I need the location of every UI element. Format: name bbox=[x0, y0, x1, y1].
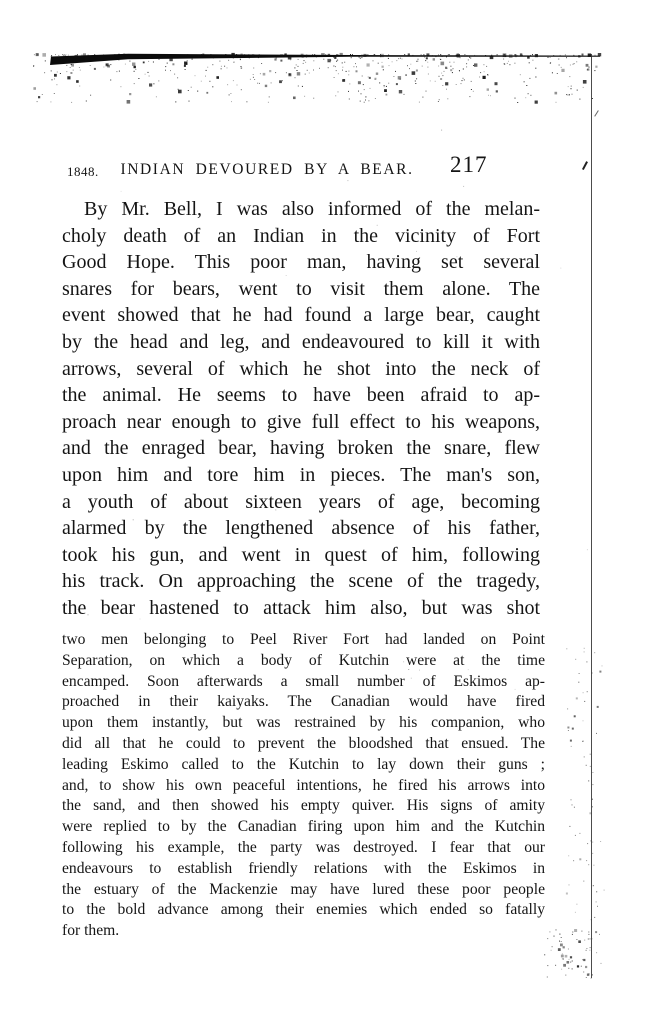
scan-speckles bbox=[0, 0, 1, 1]
text-line: Good Hope. This poor man, having set sev… bbox=[62, 249, 540, 276]
text-line: and the enraged bear, having broken the … bbox=[62, 435, 540, 462]
text-line: leading Eskimo called to the Kutchin to … bbox=[62, 755, 545, 776]
text-line: did all that he could to prevent the blo… bbox=[62, 734, 545, 755]
text-line: arrows, several of which he shot into th… bbox=[62, 356, 540, 383]
text-line: By Mr. Bell, I was also informed of the … bbox=[62, 196, 540, 223]
text-line: and, to show his own peaceful intentions… bbox=[62, 776, 545, 797]
text-line: following his example, the party was des… bbox=[62, 838, 545, 859]
text-line: two men belonging to Peel River Fort had… bbox=[62, 630, 545, 651]
running-head-year: 1848. bbox=[67, 164, 99, 180]
text-line: the bear hastened to attack him also, bu… bbox=[62, 595, 540, 622]
main-paragraph: By Mr. Bell, I was also informed of the … bbox=[62, 196, 540, 622]
text-line: the animal. He seems to have been afraid… bbox=[62, 382, 540, 409]
text-line: choly death of an Indian in the vicinity… bbox=[62, 223, 540, 250]
text-line: endeavours to establish friendly relatio… bbox=[62, 859, 545, 880]
text-line: for them. bbox=[62, 921, 545, 942]
text-line: a youth of about sixteen years of age, b… bbox=[62, 489, 540, 516]
book-page: 1848. INDIAN DEVOURED BY A BEAR. 217 By … bbox=[0, 0, 645, 1031]
text-line: upon them instantly, but was restrained … bbox=[62, 713, 545, 734]
text-line: alarmed by the lengthened absence of his… bbox=[62, 515, 540, 542]
running-head-page-number: 217 bbox=[450, 152, 488, 178]
text-line: the sand, and then showed his empty quiv… bbox=[62, 796, 545, 817]
running-head-title: INDIAN DEVOURED BY A BEAR. bbox=[120, 161, 413, 179]
scan-mark bbox=[582, 161, 588, 170]
text-line: Separation, on which a body of Kutchin w… bbox=[62, 651, 545, 672]
text-line: by the head and leg, and endeavoured to … bbox=[62, 329, 540, 356]
text-line: were replied to by the Canadian firing u… bbox=[62, 817, 545, 838]
scan-wedge bbox=[50, 54, 600, 65]
text-line: snares for bears, went to visit them alo… bbox=[62, 276, 540, 303]
text-line: to the bold advance among their enemies … bbox=[62, 900, 545, 921]
footnote-paragraph: two men belonging to Peel River Fort had… bbox=[62, 630, 545, 942]
text-line: his track. On approaching the scene of t… bbox=[62, 568, 540, 595]
scan-noise-band bbox=[0, 0, 645, 120]
text-line: encamped. Soon afterwards a small number… bbox=[62, 672, 545, 693]
text-line: proach near enough to give full effect t… bbox=[62, 409, 540, 436]
text-line: the estuary of the Mackenzie may have lu… bbox=[62, 880, 545, 901]
text-line: event showed that he had found a large b… bbox=[62, 302, 540, 329]
page-edge-line bbox=[591, 54, 592, 978]
text-line: proached in their kaiyaks. The Canadian … bbox=[62, 692, 545, 713]
text-line: took his gun, and went in quest of him, … bbox=[62, 542, 540, 569]
text-line: upon him and tore him in pieces. The man… bbox=[62, 462, 540, 489]
